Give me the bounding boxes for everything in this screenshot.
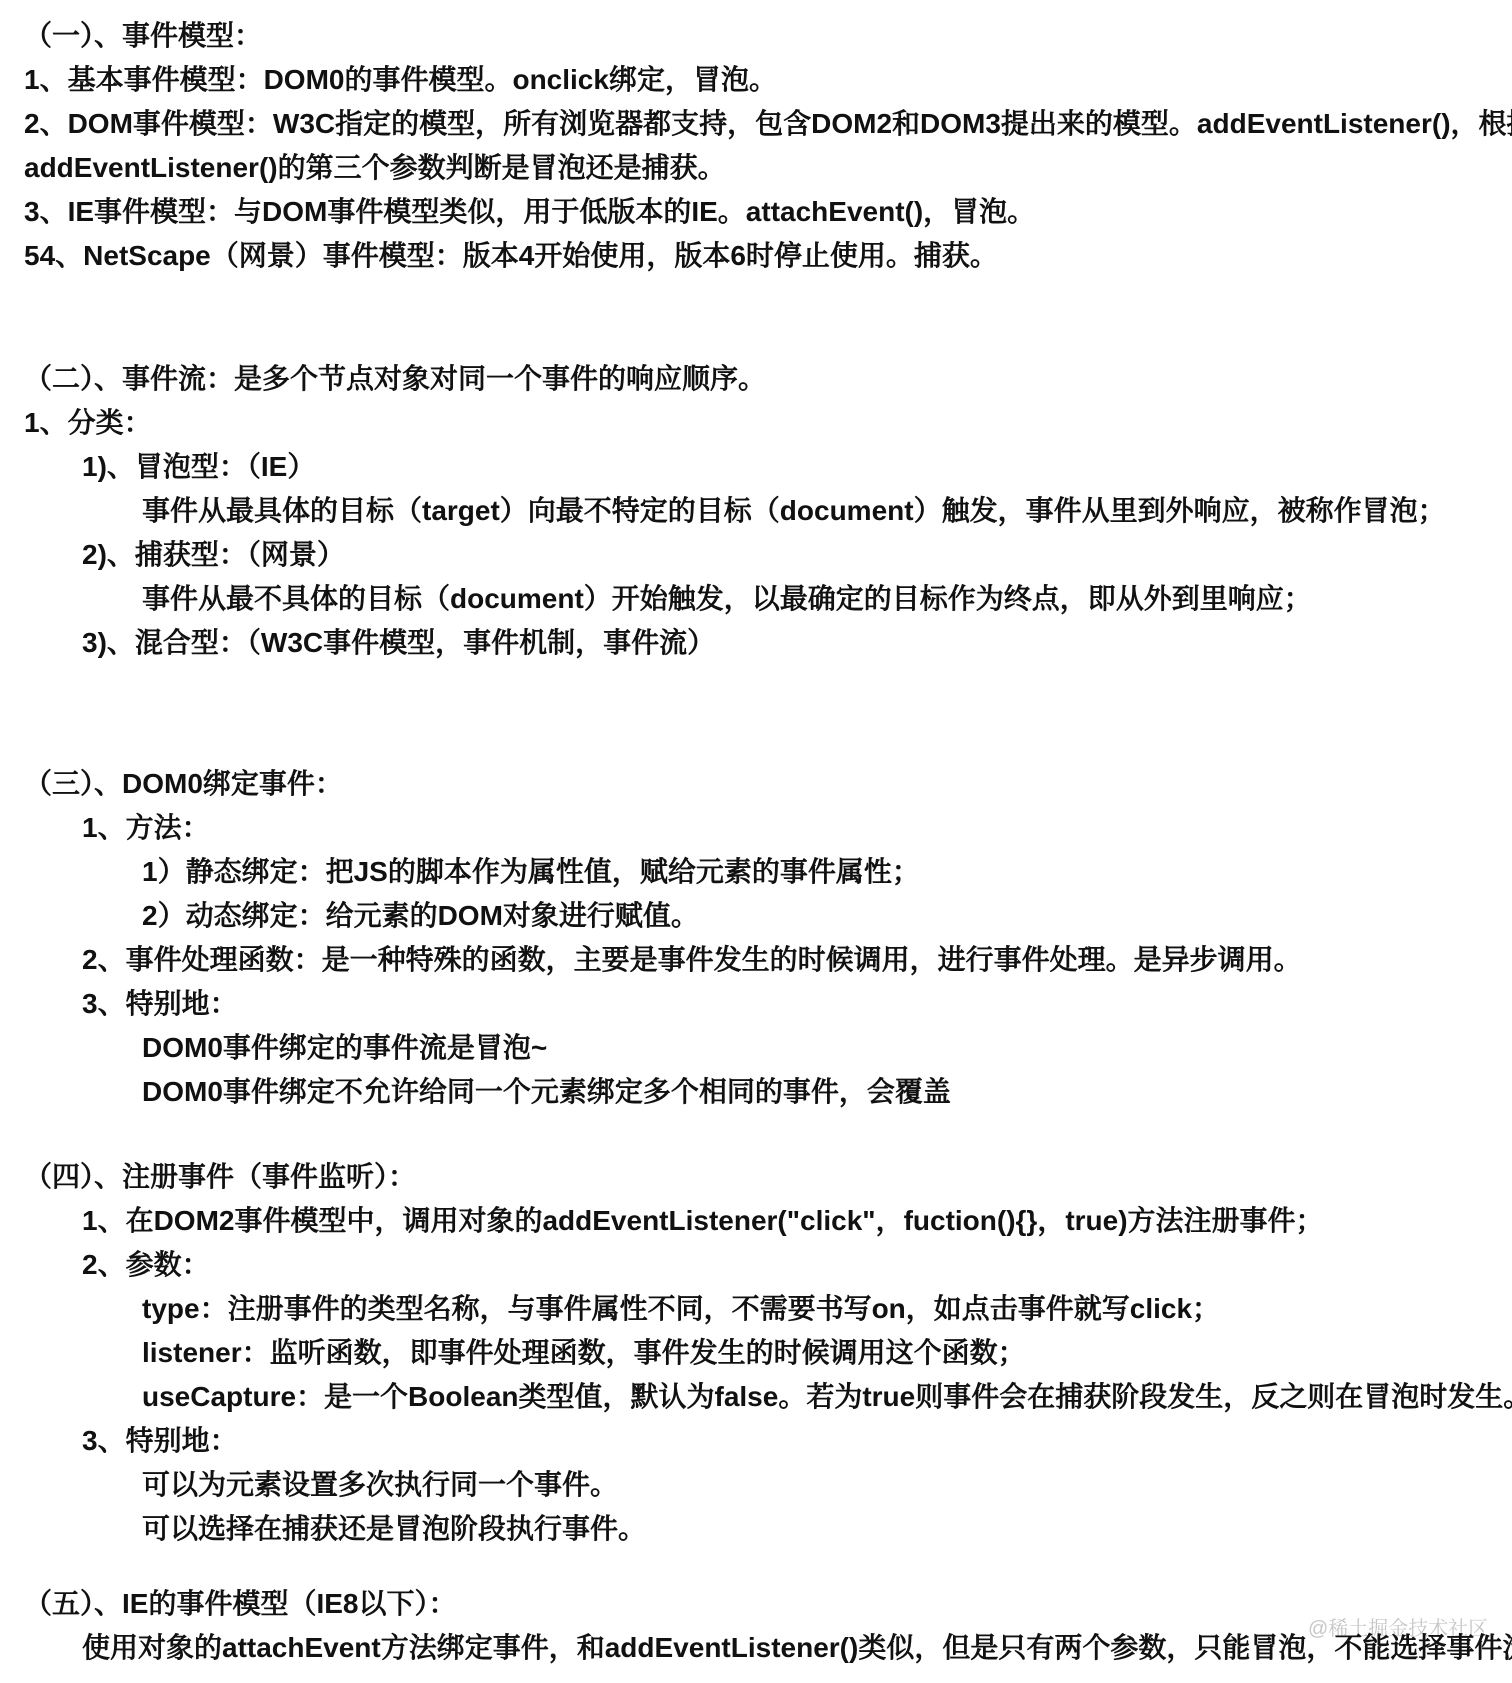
text-line: 1、方法： (0, 806, 1512, 850)
text-line: 2、事件处理函数：是一种特殊的函数，主要是事件发生的时候调用，进行事件处理。是异… (0, 938, 1512, 982)
text-line: 2）动态绑定：给元素的DOM对象进行赋值。 (0, 894, 1512, 938)
notes-page: （一）、事件模型：1、基本事件模型：DOM0的事件模型。onclick绑定，冒泡… (0, 0, 1512, 1683)
text-line: 3)、混合型：（W3C事件模型，事件机制，事件流） (0, 621, 1512, 665)
text-line: 3、IE事件模型：与DOM事件模型类似，用于低版本的IE。attachEvent… (0, 190, 1512, 234)
text-line: （五）、IE的事件模型（IE8以下）： (0, 1582, 1512, 1626)
text-line: （二）、事件流：是多个节点对象对同一个事件的响应顺序。 (0, 357, 1512, 401)
text-line: 1、在DOM2事件模型中，调用对象的addEventListener("clic… (0, 1199, 1512, 1243)
text-line: addEventListener()的第三个参数判断是冒泡还是捕获。 (0, 146, 1512, 190)
text-line: 使用对象的attachEvent方法绑定事件，和addEventListener… (0, 1626, 1512, 1670)
section-1-event-models: （一）、事件模型：1、基本事件模型：DOM0的事件模型。onclick绑定，冒泡… (0, 14, 1512, 278)
text-line: 2、参数： (0, 1243, 1512, 1287)
text-line: 事件从最具体的目标（target）向最不特定的目标（document）触发，事件… (0, 489, 1512, 533)
document-body: （一）、事件模型：1、基本事件模型：DOM0的事件模型。onclick绑定，冒泡… (0, 0, 1512, 1670)
text-line: 54、NetScape（网景）事件模型：版本4开始使用，版本6时停止使用。捕获。 (0, 234, 1512, 278)
text-line: DOM0事件绑定不允许给同一个元素绑定多个相同的事件，会覆盖 (0, 1070, 1512, 1114)
text-line: 1)、冒泡型：（IE） (0, 445, 1512, 489)
text-line: 1）静态绑定：把JS的脚本作为属性值，赋给元素的事件属性； (0, 850, 1512, 894)
text-line: 1、分类： (0, 401, 1512, 445)
section-4-register-event: （四）、注册事件（事件监听）：1、在DOM2事件模型中，调用对象的addEven… (0, 1155, 1512, 1551)
text-line: listener：监听函数，即事件处理函数，事件发生的时候调用这个函数； (0, 1331, 1512, 1375)
text-line: 3、特别地： (0, 982, 1512, 1026)
section-2-event-flow: （二）、事件流：是多个节点对象对同一个事件的响应顺序。1、分类：1)、冒泡型：（… (0, 357, 1512, 665)
section-5-ie-event-model: （五）、IE的事件模型（IE8以下）：使用对象的attachEvent方法绑定事… (0, 1582, 1512, 1670)
text-line: 可以为元素设置多次执行同一个事件。 (0, 1463, 1512, 1507)
text-line: 可以选择在捕获还是冒泡阶段执行事件。 (0, 1507, 1512, 1551)
text-line: 3、特别地： (0, 1419, 1512, 1463)
text-line: （一）、事件模型： (0, 14, 1512, 58)
section-3-dom0-binding: （三）、DOM0绑定事件：1、方法：1）静态绑定：把JS的脚本作为属性值，赋给元… (0, 762, 1512, 1114)
text-line: type：注册事件的类型名称，与事件属性不同，不需要书写on，如点击事件就写cl… (0, 1287, 1512, 1331)
text-line: 2、DOM事件模型：W3C指定的模型，所有浏览器都支持，包含DOM2和DOM3提… (0, 102, 1512, 146)
text-line: DOM0事件绑定的事件流是冒泡~ (0, 1026, 1512, 1070)
text-line: 2)、捕获型：（网景） (0, 533, 1512, 577)
text-line: 事件从最不具体的目标（document）开始触发，以最确定的目标作为终点，即从外… (0, 577, 1512, 621)
text-line: useCapture：是一个Boolean类型值，默认为false。若为true… (0, 1375, 1512, 1419)
text-line: 1、基本事件模型：DOM0的事件模型。onclick绑定，冒泡。 (0, 58, 1512, 102)
text-line: （四）、注册事件（事件监听）： (0, 1155, 1512, 1199)
text-line: （三）、DOM0绑定事件： (0, 762, 1512, 806)
